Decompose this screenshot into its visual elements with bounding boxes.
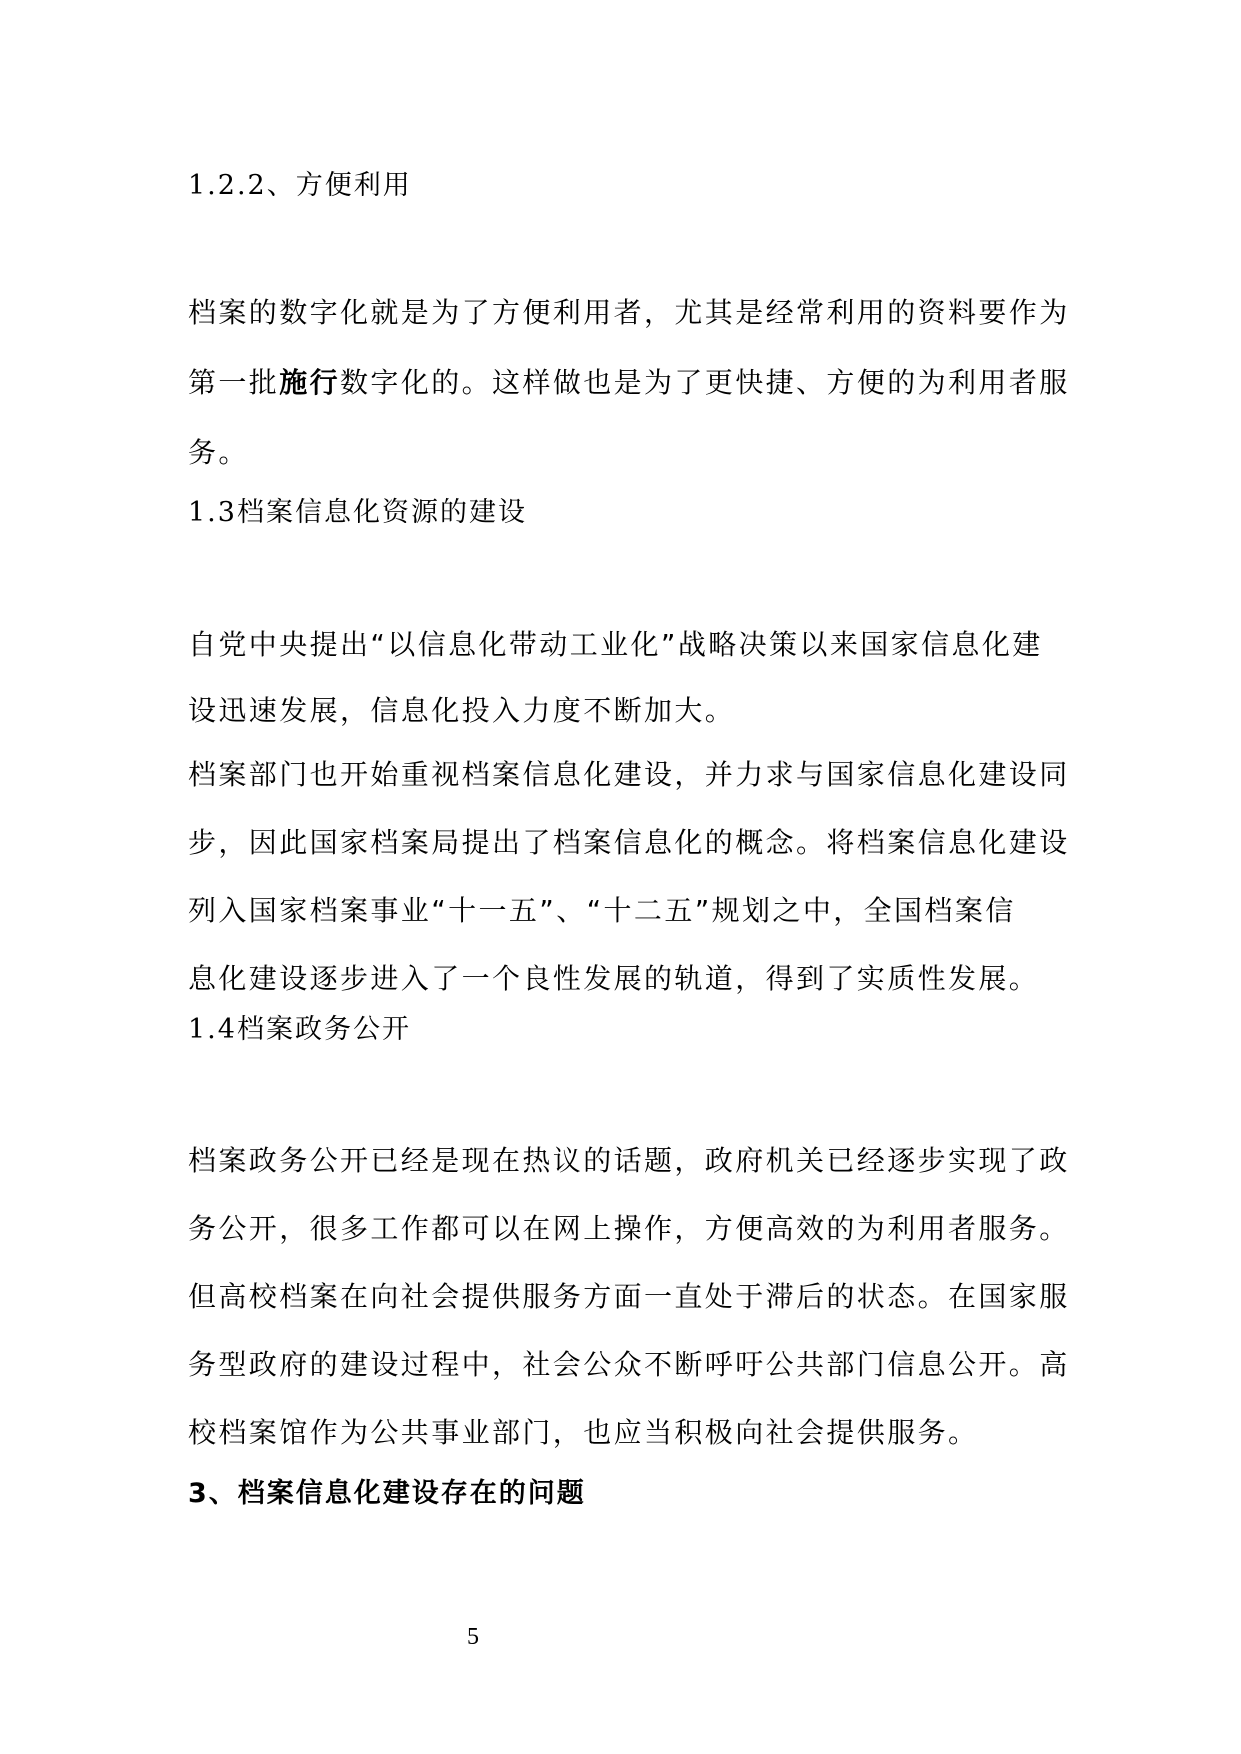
text-run: 数字化的。这样做也是为了更快捷、方便的为利用者服 (340, 366, 1070, 399)
section-heading-1-4: 1.4档案政务公开 (188, 1012, 411, 1048)
paragraph-line: 务型政府的建设过程中，社会公众不断呼吁公共部门信息公开。高 (188, 1347, 1070, 1383)
paragraph-line: 步，因此国家档案局提出了档案信息化的概念。将档案信息化建设 (188, 825, 1070, 861)
paragraph-line: 第一批施行数字化的。这样做也是为了更快捷、方便的为利用者服 (188, 365, 1070, 401)
paragraph-line: 务公开，很多工作都可以在网上操作，方便高效的为利用者服务。 (188, 1211, 1070, 1247)
paragraph-line: 自党中央提出“以信息化带动工业化”战略决策以来国家信息化建 (188, 627, 1043, 663)
section-heading-1-3: 1.3档案信息化资源的建设 (188, 495, 527, 531)
paragraph-line: 息化建设逐步进入了一个良性发展的轨道，得到了实质性发展。 (188, 961, 1039, 997)
section-heading-1-2-2: 1.2.2、方便利用 (188, 168, 412, 204)
paragraph-line: 务。 (188, 435, 249, 471)
page-number: 5 (467, 1622, 479, 1652)
paragraph-line: 档案的数字化就是为了方便利用者，尤其是经常利用的资料要作为 (188, 295, 1070, 331)
paragraph-line: 校档案馆作为公共事业部门，也应当积极向社会提供服务。 (188, 1415, 978, 1451)
paragraph-line: 档案政务公开已经是现在热议的话题，政府机关已经逐步实现了政 (188, 1143, 1070, 1179)
paragraph-line: 档案部门也开始重视档案信息化建设，并力求与国家信息化建设同 (188, 757, 1070, 793)
section-heading-3: 3、档案信息化建设存在的问题 (188, 1476, 586, 1512)
document-page: 1.2.2、方便利用 档案的数字化就是为了方便利用者，尤其是经常利用的资料要作为… (0, 0, 1241, 1754)
bold-text-run: 施行 (279, 366, 340, 399)
paragraph-line: 列入国家档案事业“十一五”、“十二五”规划之中，全国档案信 (188, 893, 1016, 929)
paragraph-line: 设迅速发展，信息化投入力度不断加大。 (188, 693, 735, 729)
text-run: 第一批 (188, 366, 279, 399)
paragraph-line: 但高校档案在向社会提供服务方面一直处于滞后的状态。在国家服 (188, 1279, 1070, 1315)
